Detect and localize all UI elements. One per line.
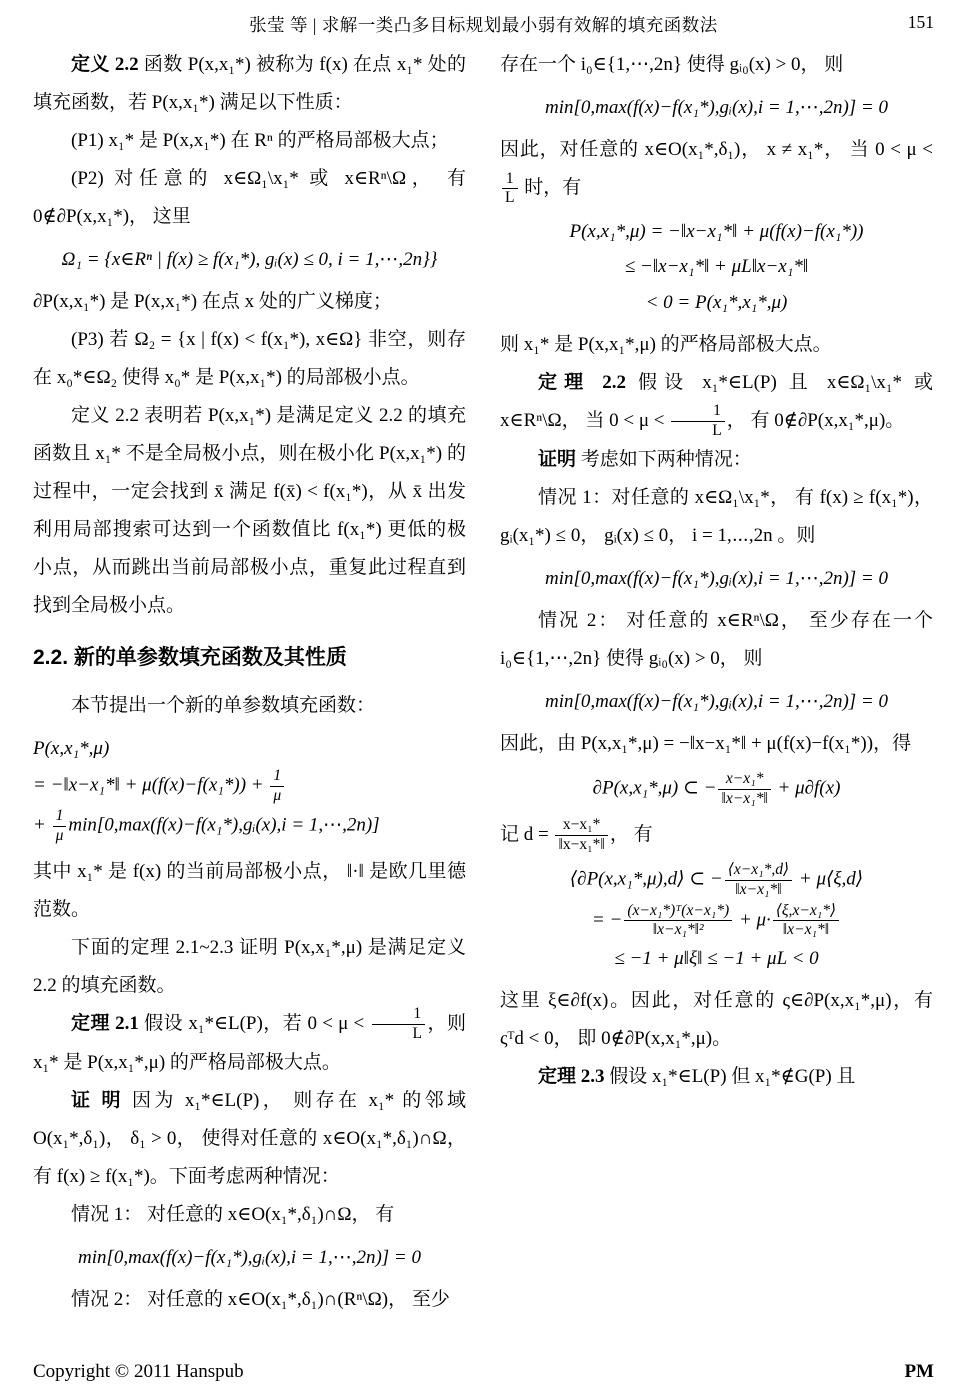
formula: P(x,x₁*,μ)= −‖x−x₁*‖ + μ(f(x)−f(x₁*)) + … — [33, 731, 466, 847]
formula-line: ≤ −‖x−x₁*‖ + μL‖x−x₁*‖ — [500, 249, 933, 284]
fraction: x−x₁*‖x−x₁*‖ — [718, 770, 770, 808]
paragraph: (P3) 若 Ω₂ = {x | f(x) < f(x₁*), x∈Ω} 非空，… — [33, 321, 466, 397]
left-column: 定义 2.2 函数 P(x,x₁*) 被称为 f(x) 在点 x₁* 处的填充函… — [33, 46, 466, 1342]
paragraph: 证 明 因为 x₁*∈L(P)， 则存在 x₁* 的邻域 O(x₁*,δ₁)， … — [33, 1082, 466, 1196]
formula-line: ≤ −1 + μ‖ξ‖ ≤ −1 + μL < 0 — [500, 941, 933, 976]
fraction: 1L — [671, 402, 725, 440]
fraction: 1L — [372, 1005, 426, 1043]
page-footer: Copyright © 2011 Hanspub PM — [33, 1359, 934, 1386]
formula: ∂P(x,x₁*,μ) ⊂ −x−x₁*‖x−x₁*‖ + μ∂f(x) — [500, 769, 933, 809]
formula: Ω₁ = {x∈Rⁿ | f(x) ≥ f(x₁*), gᵢ(x) ≤ 0, i… — [33, 242, 466, 277]
fraction: ⟨ξ,x−x₁*⟩‖x−x₁*‖ — [773, 902, 839, 940]
paragraph: 因此，对任意的 x∈O(x₁*,δ₁)， x ≠ x₁*， 当 0 < μ < … — [500, 131, 933, 208]
formula-line: P(x,x₁*,μ) = −‖x−x₁*‖ + μ(f(x)−f(x₁*)) — [500, 214, 933, 249]
paragraph: 情况 2： 对任意的 x∈O(x₁*,δ₁)∩(Rⁿ\Ω)， 至少 — [33, 1281, 466, 1319]
fraction: 1L — [502, 170, 518, 208]
formula: ⟨∂P(x,x₁*,μ),d⟩ ⊂ −⟨x−x₁*,d⟩‖x−x₁*‖ + μ⟨… — [500, 860, 933, 976]
formula-line: + 1μmin[0,max(f(x)−f(x₁*),gᵢ(x),i = 1,⋯,… — [33, 806, 466, 846]
paragraph-lead: 证明 — [538, 449, 576, 470]
paragraph: 证明 考虑如下两种情况： — [500, 441, 933, 479]
page-number: 151 — [908, 12, 934, 33]
paragraph: 这里 ξ∈∂f(x)。因此，对任意的 ς∈∂P(x,x₁*,μ)，有 ςᵀd <… — [500, 982, 933, 1058]
paragraph: 存在一个 i₀∈{1,⋯,2n} 使得 gᵢ₀(x) > 0， 则 — [500, 46, 933, 84]
formula-line: ∂P(x,x₁*,μ) ⊂ −x−x₁*‖x−x₁*‖ + μ∂f(x) — [500, 769, 933, 809]
formula: P(x,x₁*,μ) = −‖x−x₁*‖ + μ(f(x)−f(x₁*))≤ … — [500, 214, 933, 320]
fraction: x−x₁*‖x−x₁*‖ — [555, 816, 607, 854]
formula-line: P(x,x₁*,μ) — [33, 731, 466, 766]
formula-line: Ω₁ = {x∈Rⁿ | f(x) ≥ f(x₁*), gᵢ(x) ≤ 0, i… — [33, 242, 466, 277]
fraction: 1μ — [270, 767, 284, 805]
paragraph: ∂P(x,x₁*) 是 P(x,x₁*) 在点 x 处的广义梯度； — [33, 283, 466, 321]
formula-line: min[0,max(f(x)−f(x₁*),gᵢ(x),i = 1,⋯,2n)]… — [500, 561, 933, 596]
paragraph-lead: 定义 2.2 — [71, 54, 139, 75]
paragraph: 情况 1：对任意的 x∈Ω₁\x₁*， 有 f(x) ≥ f(x₁*)， gᵢ(… — [500, 479, 933, 555]
running-title: 张莹 等 | 求解一类凸多目标规划最小弱有效解的填充函数法 — [33, 12, 934, 37]
right-column: 存在一个 i₀∈{1,⋯,2n} 使得 gᵢ₀(x) > 0， 则min[0,m… — [500, 46, 933, 1342]
paragraph: 定理 2.1 假设 x₁*∈L(P)，若 0 < μ < 1L，则 x₁* 是 … — [33, 1005, 466, 1082]
copyright-text: Copyright © 2011 Hanspub — [33, 1359, 244, 1386]
paragraph: 因此，由 P(x,x₁*,μ) = −‖x−x₁*‖ + μ(f(x)−f(x₁… — [500, 725, 933, 763]
formula-line: min[0,max(f(x)−f(x₁*),gᵢ(x),i = 1,⋯,2n)]… — [33, 1240, 466, 1275]
formula-line: < 0 = P(x₁*,x₁*,μ) — [500, 285, 933, 320]
paragraph: 定义 2.2 表明若 P(x,x₁*) 是满足定义 2.2 的填充函数且 x₁*… — [33, 397, 466, 625]
paragraph-lead: 定理 2.1 — [71, 1013, 139, 1034]
section-heading: 2.2. 新的单参数填充函数及其性质 — [33, 641, 466, 675]
fraction: ⟨x−x₁*,d⟩‖x−x₁*‖ — [725, 861, 792, 899]
fraction: 1μ — [53, 807, 67, 845]
formula-line: ⟨∂P(x,x₁*,μ),d⟩ ⊂ −⟨x−x₁*,d⟩‖x−x₁*‖ + μ⟨… — [500, 860, 933, 900]
content: 定义 2.2 函数 P(x,x₁*) 被称为 f(x) 在点 x₁* 处的填充函… — [33, 46, 933, 1342]
paragraph: (P2) 对任意的 x∈Ω₁\x₁* 或 x∈Rⁿ\Ω， 有 0∉∂P(x,x₁… — [33, 160, 466, 236]
fraction: (x−x₁*)ᵀ(x−x₁*)‖x−x₁*‖² — [624, 902, 732, 940]
paragraph: 情况 2： 对任意的 x∈Rⁿ\Ω， 至少存在一个 i₀∈{1,⋯,2n} 使得… — [500, 602, 933, 678]
paragraph: 定义 2.2 函数 P(x,x₁*) 被称为 f(x) 在点 x₁* 处的填充函… — [33, 46, 466, 122]
paragraph: 定理 2.2 假设 x₁*∈L(P) 且 x∈Ω₁\x₁* 或 x∈Rⁿ\Ω， … — [500, 364, 933, 441]
formula: min[0,max(f(x)−f(x₁*),gᵢ(x),i = 1,⋯,2n)]… — [500, 561, 933, 596]
formula: min[0,max(f(x)−f(x₁*),gᵢ(x),i = 1,⋯,2n)]… — [33, 1240, 466, 1275]
paragraph: 则 x₁* 是 P(x,x₁*,μ) 的严格局部极大点。 — [500, 326, 933, 364]
formula: min[0,max(f(x)−f(x₁*),gᵢ(x),i = 1,⋯,2n)]… — [500, 684, 933, 719]
paragraph-lead: 证 明 — [71, 1090, 124, 1111]
paragraph: 下面的定理 2.1~2.3 证明 P(x,x₁*,μ) 是满足定义 2.2 的填… — [33, 929, 466, 1005]
formula: min[0,max(f(x)−f(x₁*),gᵢ(x),i = 1,⋯,2n)]… — [500, 90, 933, 125]
paragraph: 其中 x₁* 是 f(x) 的当前局部极小点， ‖·‖ 是欧几里德范数。 — [33, 853, 466, 929]
formula-line: min[0,max(f(x)−f(x₁*),gᵢ(x),i = 1,⋯,2n)]… — [500, 684, 933, 719]
formula-line: min[0,max(f(x)−f(x₁*),gᵢ(x),i = 1,⋯,2n)]… — [500, 90, 933, 125]
paragraph: 定理 2.3 假设 x₁*∈L(P) 但 x₁*∉G(P) 且 — [500, 1058, 933, 1096]
journal-code: PM — [904, 1359, 934, 1386]
formula-line: = −(x−x₁*)ᵀ(x−x₁*)‖x−x₁*‖² + μ·⟨ξ,x−x₁*⟩… — [500, 901, 933, 941]
page-header: 张莹 等 | 求解一类凸多目标规划最小弱有效解的填充函数法 151 — [33, 12, 934, 38]
paragraph: 情况 1： 对任意的 x∈O(x₁*,δ₁)∩Ω， 有 — [33, 1196, 466, 1234]
paragraph-lead: 定理 2.3 — [538, 1066, 605, 1087]
paragraph: 记 d = x−x₁*‖x−x₁*‖， 有 — [500, 816, 933, 855]
paragraph-lead: 定理 2.2 — [538, 372, 626, 393]
page: 张莹 等 | 求解一类凸多目标规划最小弱有效解的填充函数法 151 定义 2.2… — [0, 0, 964, 1386]
paragraph: (P1) x₁* 是 P(x,x₁*) 在 Rⁿ 的严格局部极大点； — [33, 122, 466, 160]
formula-line: = −‖x−x₁*‖ + μ(f(x)−f(x₁*)) + 1μ — [33, 766, 466, 806]
paragraph: 本节提出一个新的单参数填充函数： — [33, 687, 466, 725]
